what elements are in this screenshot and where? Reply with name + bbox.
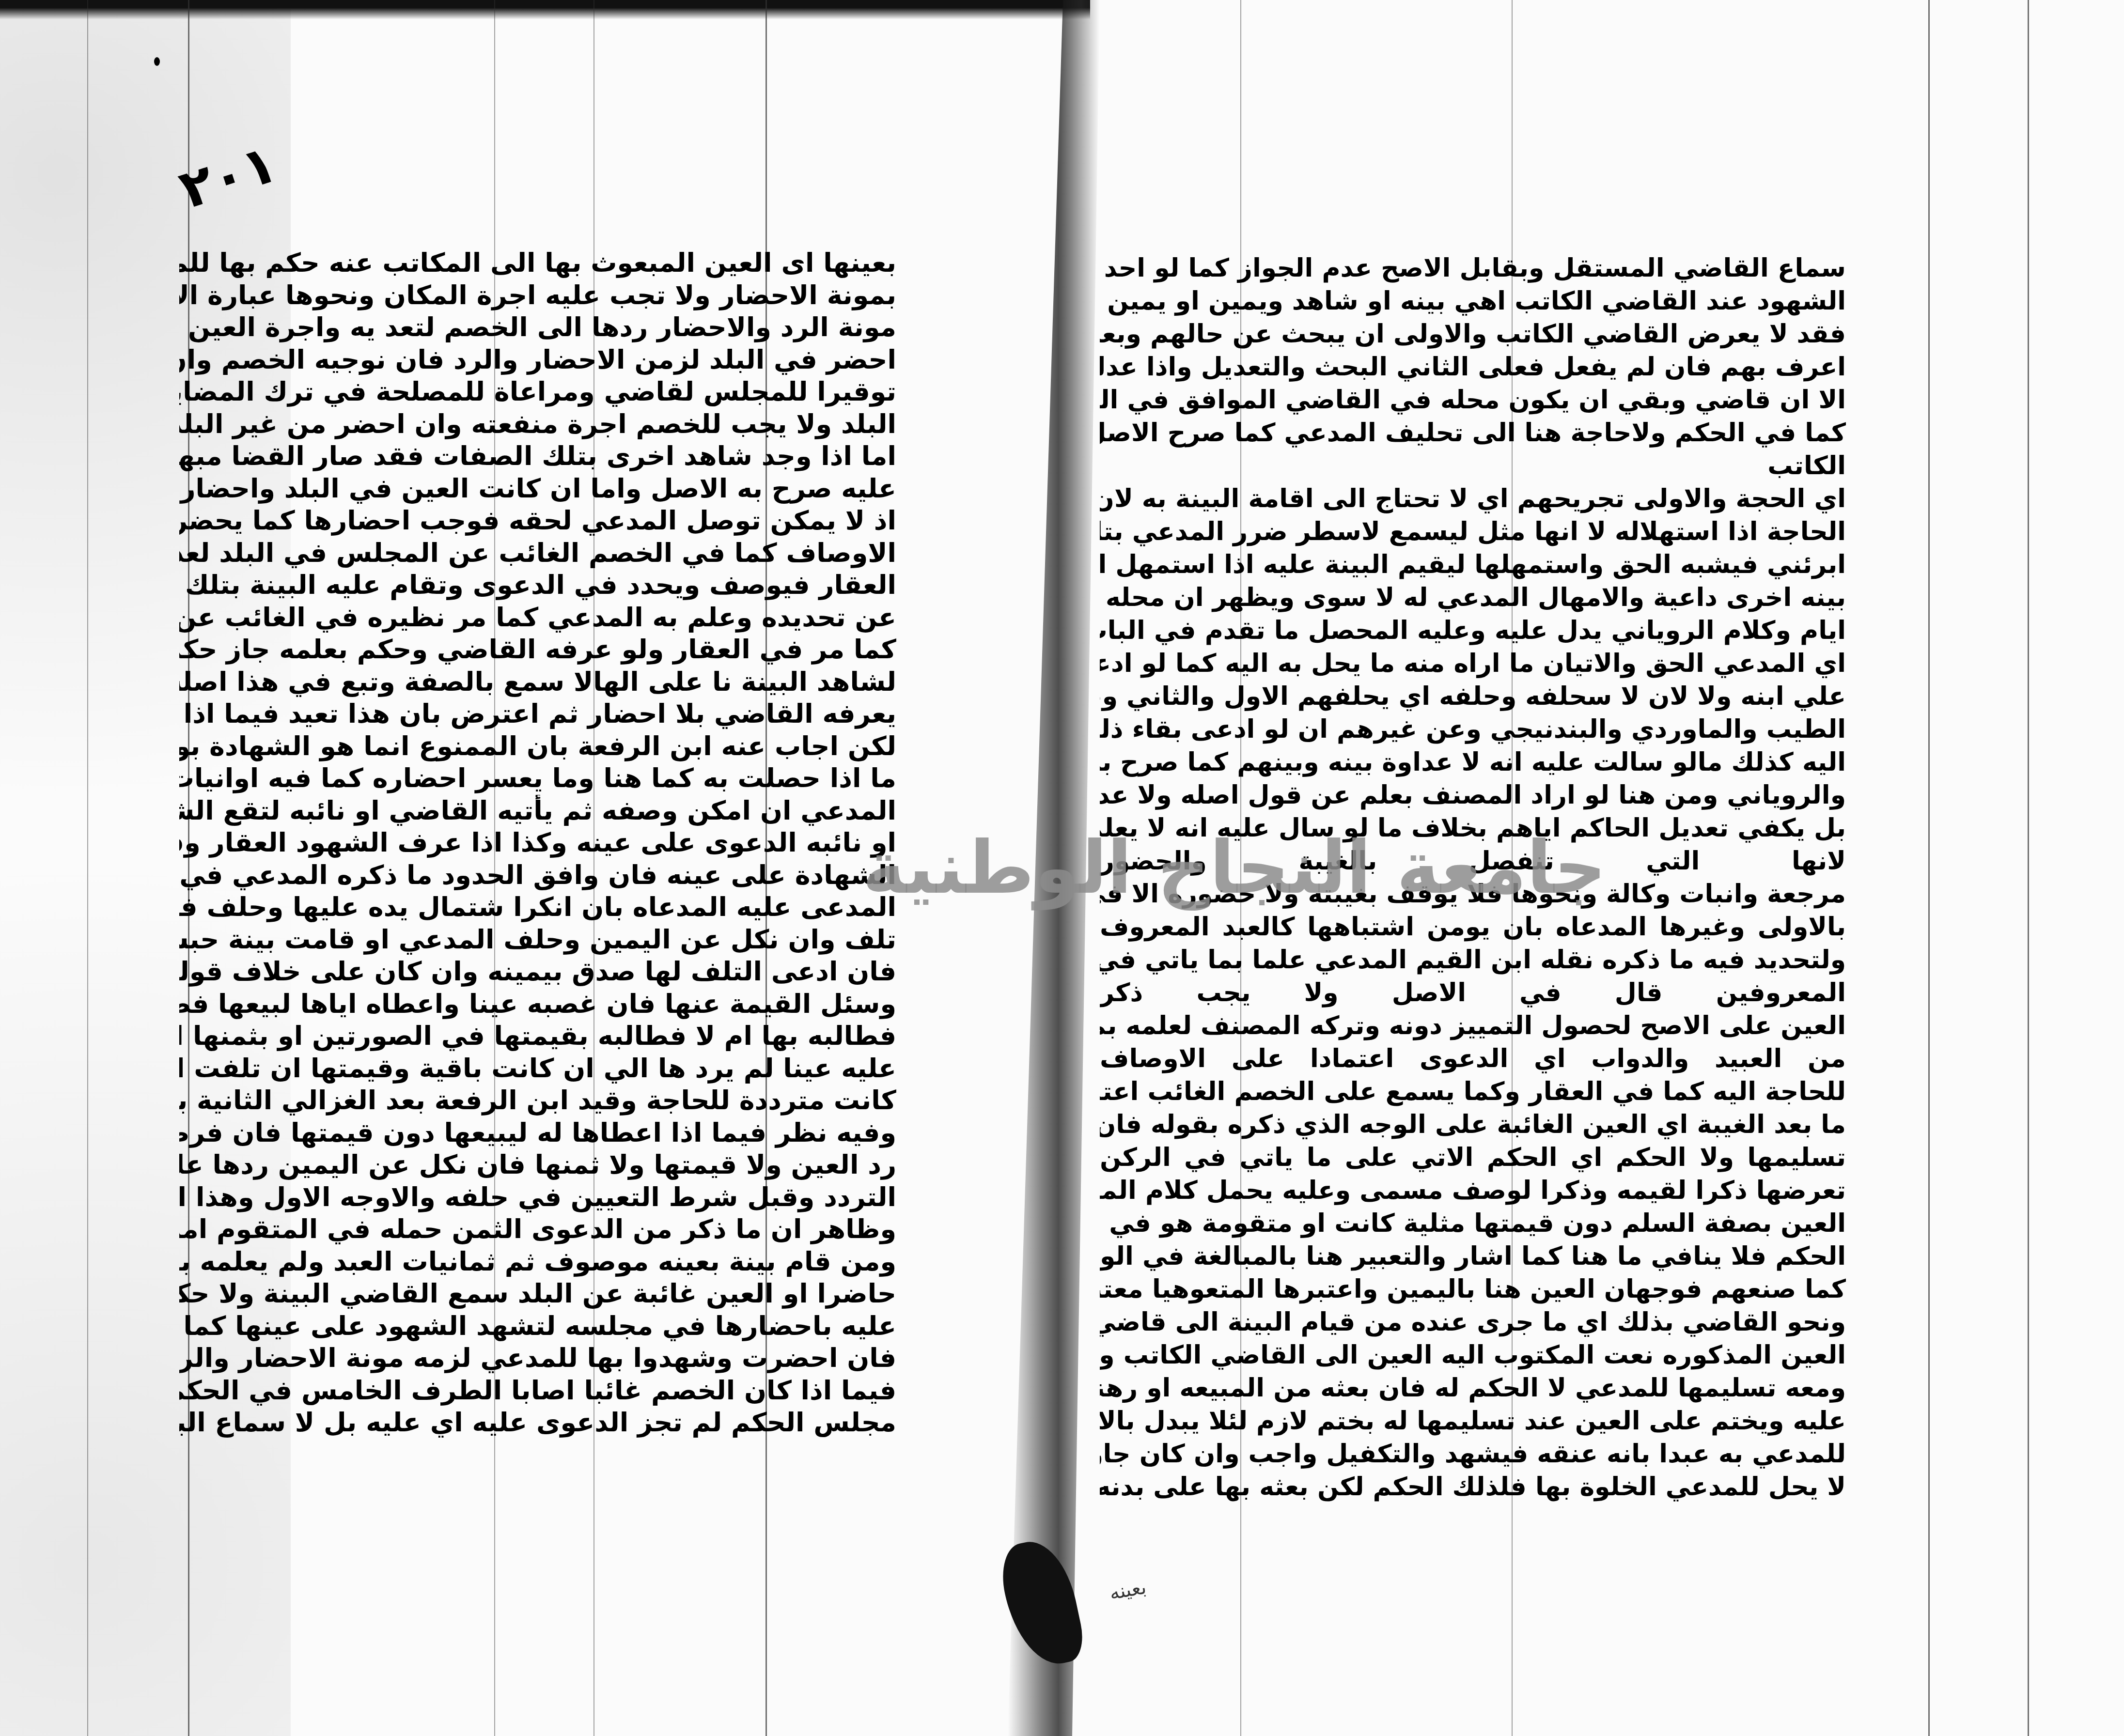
watermark: جامعة النجاح الوطنية [862, 826, 1606, 910]
manuscript-line: ابرئني فيشبه الحق واستمهلها ليقيم البينة… [1100, 548, 1846, 581]
manuscript-line: بالاولى وغيرها المدعاه بان يومن اشتباهها… [1100, 911, 1846, 944]
manuscript-line: ومعه تسليمها للمدعي لا الحكم له فان بعثه… [1100, 1372, 1846, 1405]
manuscript-line: تسليمها ولا الحكم اي الحكم الاتي على ما … [1100, 1141, 1846, 1174]
manuscript-line: فقد لا يعرض القاضي الكاتب والاولى ان يبح… [1100, 318, 1846, 351]
manuscript-line: توقيرا للمجلس لقاضي ومراعاة للمصلحة في ت… [179, 376, 896, 408]
manuscript-line: عن تحديده وعلم به المدعي كما مر نظيره في… [179, 602, 896, 634]
manuscript-line: وفيه نظر فيما اذا اعطاها له ليبيعها دون … [179, 1117, 896, 1149]
manuscript-line: اذ لا يمكن توصل المدعي لحقه فوجب احضارها… [179, 505, 896, 537]
manuscript-line: اما اذا وجد شاهد اخرى بتلك الصفات فقد صا… [179, 440, 896, 473]
manuscript-line: العين على الاصح لحصول التمييز دونه وتركه… [1100, 1009, 1846, 1042]
manuscript-line: عليه عينا لم يرد ها الي ان كانت باقية وق… [179, 1053, 896, 1085]
manuscript-line: او نائبه الدعوى على عينه وكذا اذا عرف ال… [179, 827, 896, 859]
manuscript-line: العين بصفة السلم دون قيمتها مثلية كانت ا… [1100, 1207, 1846, 1240]
manuscript-line: فيما اذا كان الخصم غائبا اصابا الطرف الخ… [179, 1375, 896, 1407]
manuscript-line: وظاهر ان ما ذكر من الدعوى الثمن حمله في … [179, 1213, 896, 1246]
manuscript-line: كانت مترددة للحاجة وقيد ابن الرفعة بعد ا… [179, 1085, 896, 1117]
manuscript-line: رد العين ولا قيمتها ولا ثمنها فان نكل عن… [179, 1149, 896, 1181]
manuscript-line: الكاتب [1100, 449, 1846, 482]
manuscript-line: كما مر في العقار ولو عرفه القاضي وحكم بع… [179, 634, 896, 666]
manuscript-line: مجلس الحكم لم تجز الدعوى عليه اي عليه بل… [179, 1407, 896, 1439]
manuscript-line: مونة الرد والاحضار ردها الى الخصم لتعد ي… [179, 311, 896, 344]
manuscript-line: لكن اجاب عنه ابن الرفعة بان الممنوع انما… [179, 730, 896, 763]
left-page-text: بعينها اى العين المبعوث بها الى المكاتب … [179, 247, 896, 1439]
manuscript-line: حاضرا او العين غائبة عن البلد سمع القاضي… [179, 1278, 896, 1310]
manuscript-line: البلد ولا يجب للخصم اجرة منفعته وان احضر… [179, 408, 896, 441]
manuscript-line: ولتحديد فيه ما ذكره نقله ابن القيم المدع… [1100, 944, 1846, 976]
manuscript-line: الاوصاف كما في الخصم الغائب عن المجلس في… [179, 537, 896, 570]
manuscript-line: اليه كذلك مالو سالت عليه انه لا عداوة بي… [1100, 746, 1846, 779]
manuscript-spread: ٢٠١ بعينها اى العين المبعوث بها الى المك… [0, 0, 2124, 1736]
manuscript-line: ايام وكلام الروياني يدل عليه وعليه المحص… [1100, 614, 1846, 647]
manuscript-line: الشهادة على عينه فان وافق الحدود ما ذكره… [179, 859, 896, 892]
manuscript-line: عليه ويختم على العين عند تسليمها له بختم… [1100, 1405, 1846, 1438]
manuscript-line: بمونة الاحضار ولا تجب عليه اجرة المكان و… [179, 279, 896, 312]
manuscript-line: بعينها اى العين المبعوث بها الى المكاتب … [179, 247, 896, 279]
manuscript-line: اي الحجة والاولى تجريحهم اي لا تحتاج الى… [1100, 482, 1846, 515]
manuscript-line: علي ابنه ولا لان لا سحلفه وحلفه اي يحلفه… [1100, 680, 1846, 713]
manuscript-line: الحاجة اذا استهلاله لا انها مثل ليسمع لا… [1100, 515, 1846, 548]
manuscript-line: اعرف بهم فان لم يفعل فعلى الثاني البحث و… [1100, 351, 1846, 384]
fold-line [1928, 0, 1930, 1736]
manuscript-line: ونحو القاضي بذلك اي ما جرى عنده من قيام … [1100, 1306, 1846, 1339]
manuscript-line: وسئل القيمة عنها فان غصبه عينا واعطاه اي… [179, 988, 896, 1021]
manuscript-line: فان ادعى التلف لها صدق بيمينه وان كان عل… [179, 956, 896, 988]
manuscript-line: كما صنعهم فوجهان العين هنا باليمين واعتب… [1100, 1273, 1846, 1306]
manuscript-line: كما في الحكم ولاحاجة هنا الى تحليف المدع… [1100, 417, 1846, 449]
manuscript-line: اي المدعي الحق والاتيان ما اراه منه ما ي… [1100, 647, 1846, 680]
manuscript-line: المدعي ان امكن وصفه ثم يأتيه القاضي او ن… [179, 795, 896, 827]
manuscript-line: من العبيد والدواب اي الدعوى اعتمادا على … [1100, 1042, 1846, 1075]
manuscript-line: الا ان قاضي وبقي ان يكون محله في القاضي … [1100, 384, 1846, 417]
manuscript-line: لشاهد البينة نا على الهالا سمع بالصفة وت… [179, 666, 896, 698]
manuscript-line: عليه صرح به الاصل واما ان كانت العين في … [179, 473, 896, 505]
manuscript-line: تلف وان نكل عن اليمين وحلف المدعي او قام… [179, 924, 896, 956]
manuscript-line: بينه اخرى داعية والامهال المدعي له لا سو… [1100, 581, 1846, 614]
manuscript-line: لا يحل للمدعي الخلوة بها فلذلك الحكم لكن… [1100, 1471, 1846, 1503]
manuscript-line: الشهود عند القاضي الكاتب اهي بينه او شاه… [1100, 285, 1846, 318]
manuscript-line: المعروفين قال في الاصل ولا يجب ذكر [1100, 976, 1846, 1009]
fold-line [2028, 0, 2029, 1736]
manuscript-line: فطالبه بها ام لا فطالبه بقيمتها في الصور… [179, 1020, 896, 1053]
manuscript-line: للحاجة اليه كما في العقار وكما يسمع على … [1100, 1075, 1846, 1108]
manuscript-line: العين المذكوره نعت المكتوب اليه العين ال… [1100, 1339, 1846, 1372]
manuscript-line: فان احضرت وشهدوا بها للمدعي لزمه مونة ال… [179, 1342, 896, 1375]
manuscript-line: احضر في البلد لزمن الاحضار والرد فان نوج… [179, 344, 896, 376]
manuscript-line: التردد وقبل شرط التعيين في حلفه والاوجه … [179, 1181, 896, 1214]
manuscript-line: ومن قام بينة بعينه موصوف ثم ثمانيات العب… [179, 1246, 896, 1278]
manuscript-line: عليه باحضارها في مجلسه لتشهد الشهود على … [179, 1310, 896, 1343]
manuscript-line: ما اذا حصلت به كما هنا وما يعسر احضاره ك… [179, 762, 896, 795]
manuscript-line: الطيب والماوردي والبندنيجي وعن غيرهم ان … [1100, 713, 1846, 746]
manuscript-line: العقار فيوصف ويحدد في الدعوى وتقام عليه … [179, 569, 896, 602]
manuscript-line: للمدعي به عبدا بانه عنقه فيشهد والتكفيل … [1100, 1438, 1846, 1471]
manuscript-line: ما بعد الغيبة اي العين الغائبة على الوجه… [1100, 1108, 1846, 1141]
manuscript-line: تعرضها ذكرا لقيمه وذكرا لوصف مسمى وعليه … [1100, 1174, 1846, 1207]
top-edge-shadow [0, 0, 1090, 19]
manuscript-line: المدعى عليه المدعاه بان انكرا شتمال يده … [179, 891, 896, 924]
ink-dot [154, 57, 160, 66]
manuscript-line: سماع القاضي المستقل وبقابل الاصح عدم الج… [1100, 252, 1846, 285]
manuscript-line: يعرفه القاضي بلا احضار ثم اعترض بان هذا … [179, 698, 896, 730]
fold-line [87, 0, 88, 1736]
catchword: بعينه [1108, 1576, 1148, 1605]
manuscript-line: الحكم فلا ينافي ما هنا كما اشار والتعبير… [1100, 1240, 1846, 1273]
manuscript-line: والروياني ومن هنا لو اراد المصنف بعلم عن… [1100, 779, 1846, 812]
